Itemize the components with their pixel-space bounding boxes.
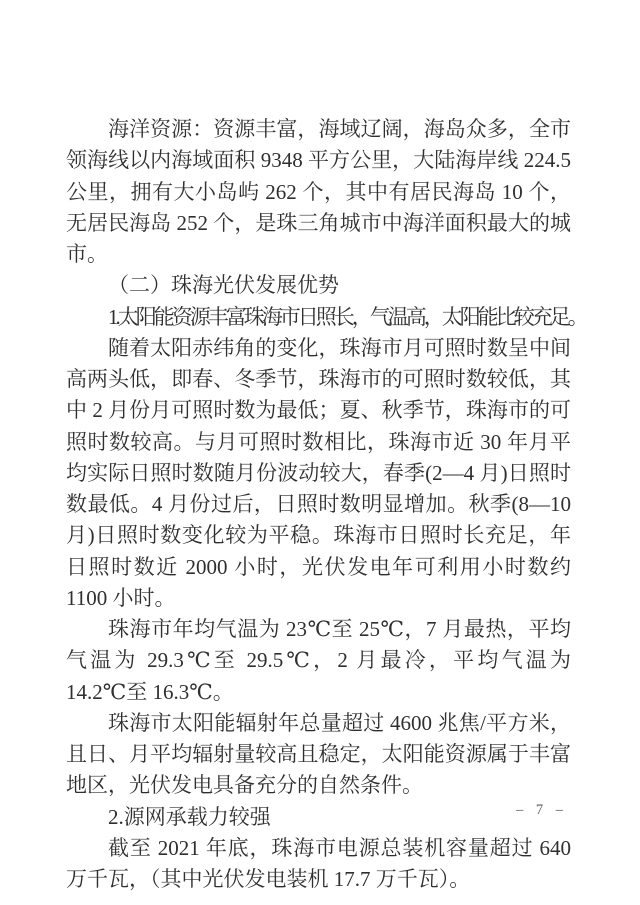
paragraph-temperature: 珠海市年均气温为 23℃至 25℃，7 月最热，平均气温为 29.3℃至 29.… [66, 614, 571, 708]
document-body: 海洋资源：资源丰富，海域辽阔，海岛众多，全市领海线以内海域面积 9348 平方公… [66, 114, 571, 895]
paragraph-ocean-resources: 海洋资源：资源丰富，海域辽阔，海岛众多，全市领海线以内海域面积 9348 平方公… [66, 114, 571, 270]
section-heading-photovoltaic-advantages: （二）珠海光伏发展优势 [66, 270, 571, 301]
heading-item-1-solar-resource: 1.太阳能资源丰富珠海市日照长，气温高，太阳能比较充足。 [66, 302, 571, 333]
page-number: – 7 – [516, 801, 564, 819]
heading-item-2-grid-capacity: 2.源网承载力较强 [66, 802, 571, 833]
paragraph-solar-radiation: 珠海市太阳能辐射年总量超过 4600 兆焦/平方米，且日、月平均辐射量较高且稳定… [66, 708, 571, 802]
paragraph-sunshine-hours: 随着太阳赤纬角的变化，珠海市月可照时数呈中间高两头低，即春、冬季节，珠海市的可照… [66, 333, 571, 614]
document-page: 海洋资源：资源丰富，海域辽阔，海岛众多，全市领海线以内海域面积 9348 平方公… [0, 0, 640, 905]
paragraph-installed-capacity: 截至 2021 年底，珠海市电源总装机容量超过 640 万千瓦，（其中光伏发电装… [66, 833, 571, 896]
